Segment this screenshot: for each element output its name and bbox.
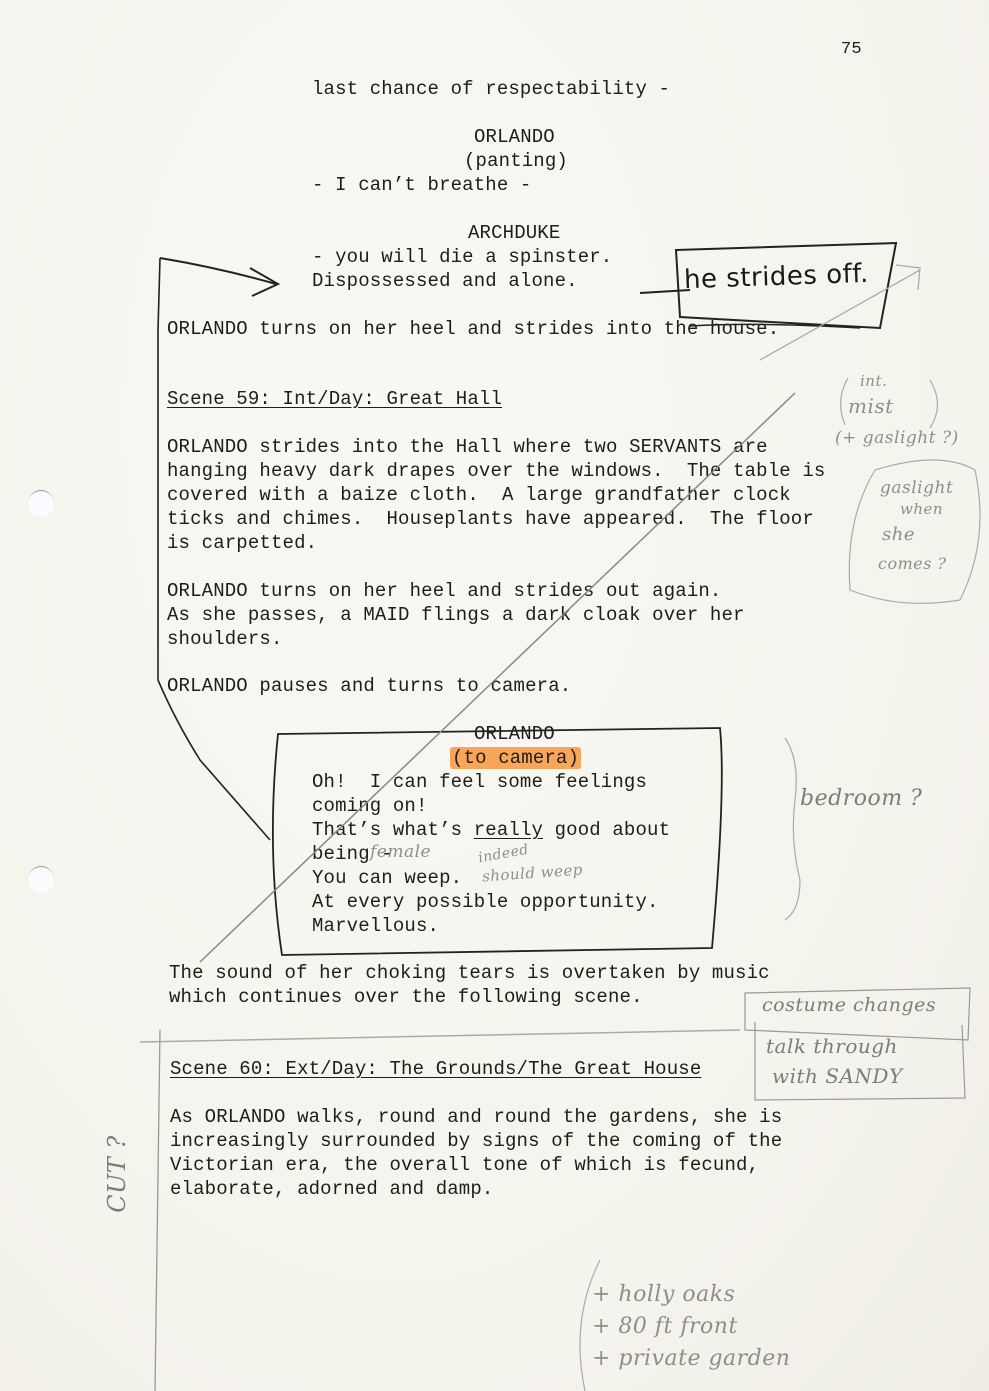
speech-line: At every possible opportunity. xyxy=(312,890,659,914)
speech-line: coming on! xyxy=(312,794,428,818)
pencil-note-when: when xyxy=(900,500,943,518)
pencil-note-talk-through: talk through xyxy=(766,1034,898,1058)
emphasized-word: really xyxy=(474,819,543,841)
action-line: is carpetted. xyxy=(167,531,317,555)
speech-line: Oh! I can feel some feelings xyxy=(312,770,647,794)
dialogue-continuation: last chance of respectability - xyxy=(312,77,670,101)
pencil-note-comes: comes ? xyxy=(878,554,947,573)
scene-heading-59: Scene 59: Int/Day: Great Hall xyxy=(167,387,502,411)
character-cue-archduke: ARCHDUKE xyxy=(468,221,560,245)
speech-line: That’s what’s really good about xyxy=(312,818,670,842)
pencil-list-item: + holly oaks xyxy=(592,1282,735,1307)
pencil-note-bedroom: bedroom ? xyxy=(800,786,922,811)
action-line: ORLANDO turns on her heel and strides ou… xyxy=(167,579,722,603)
pencil-note-gaslight: (+ gaslight ?) xyxy=(835,428,959,448)
action-line: ticks and chimes. Houseplants have appea… xyxy=(167,507,814,531)
action-line: ORLANDO strides into the Hall where two … xyxy=(167,435,768,459)
parenthetical-to-camera: (to camera) xyxy=(452,746,579,770)
pencil-list-item: + 80 ft front xyxy=(592,1314,738,1339)
page-number: 75 xyxy=(841,38,862,62)
action-line: elaborate, adorned and damp. xyxy=(170,1177,493,1201)
pencil-note-int: int. xyxy=(860,372,887,390)
scene-heading-60: Scene 60: Ext/Day: The Grounds/The Great… xyxy=(170,1057,701,1081)
ink-note-he-strides-off: he strides off. xyxy=(684,259,870,295)
script-page: 75 last chance of respectability - ORLAN… xyxy=(0,0,989,1391)
character-cue-orlando: ORLANDO xyxy=(474,722,555,746)
pencil-insert-indeed: indeed xyxy=(477,842,530,867)
speech-fragment: good about xyxy=(543,819,670,841)
pencil-note-costume-changes: costume changes xyxy=(762,994,936,1016)
pencil-list-item: + private garden xyxy=(592,1346,790,1371)
dialogue-line: - I can’t breathe - xyxy=(312,173,532,197)
pencil-strike-female: female xyxy=(370,842,431,862)
pencil-insert-should-weep: should weep xyxy=(481,861,583,886)
action-line: covered with a baize cloth. A large gran… xyxy=(167,483,791,507)
pencil-note-gaslight-2: gaslight xyxy=(880,478,953,498)
pencil-note-she: she xyxy=(882,524,915,545)
action-line: As she passes, a MAID flings a dark cloa… xyxy=(167,603,745,627)
action-line: Victorian era, the overall tone of which… xyxy=(170,1153,759,1177)
action-line: increasingly surrounded by signs of the … xyxy=(170,1129,782,1153)
highlighted-parenthetical: (to camera) xyxy=(450,747,581,769)
pencil-note-cut: CUT ? xyxy=(103,1135,131,1213)
action-line: The sound of her choking tears is overta… xyxy=(169,961,770,985)
punch-hole-bottom xyxy=(28,866,54,893)
action-line: shoulders. xyxy=(167,627,283,651)
character-cue-orlando: ORLANDO xyxy=(474,125,555,149)
dialogue-line: Dispossessed and alone. xyxy=(312,269,578,293)
action-line: which continues over the following scene… xyxy=(169,985,643,1009)
punch-hole-top xyxy=(28,490,54,517)
action-line: ORLANDO pauses and turns to camera. xyxy=(167,674,571,698)
action-line: As ORLANDO walks, round and round the ga… xyxy=(170,1105,782,1129)
action-line: ORLANDO turns on her heel and strides in… xyxy=(167,317,779,341)
speech-fragment: That’s what’s xyxy=(312,819,474,841)
parenthetical-panting: (panting) xyxy=(464,149,568,173)
pencil-note-mist: mist xyxy=(848,394,894,418)
pencil-note-with-sandy: with SANDY xyxy=(772,1064,903,1088)
dialogue-line: - you will die a spinster. xyxy=(312,245,612,269)
speech-line: Marvellous. xyxy=(312,914,439,938)
speech-line: You can weep. xyxy=(312,866,462,890)
action-line: hanging heavy dark drapes over the windo… xyxy=(167,459,825,483)
